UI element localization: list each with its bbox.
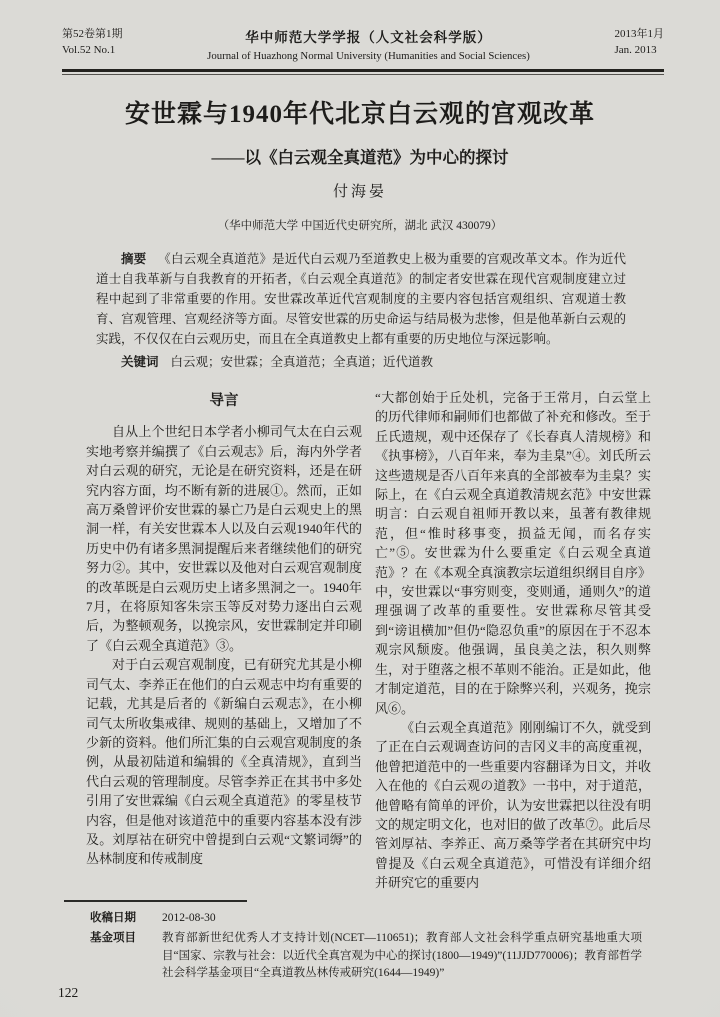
footnote-area: 收稿日期 2012-08-30 基金项目 教育部新世纪优秀人才支持计划(NCET… <box>64 900 660 983</box>
fund-project-row: 基金项目 教育部新世纪优秀人才支持计划(NCET—110651)；教育部人文社会… <box>64 930 660 983</box>
journal-issue: 第52卷第1期 Vol.52 No.1 <box>62 26 123 58</box>
journal-page: 第52卷第1期 Vol.52 No.1 华中师范大学学报（人文社会科学版） Jo… <box>0 0 720 1017</box>
received-date-value: 2012-08-30 <box>162 910 660 928</box>
journal-date-cn: 2013年1月 <box>615 26 665 42</box>
journal-issue-cn: 第52卷第1期 <box>62 26 123 42</box>
journal-date: 2013年1月 Jan. 2013 <box>615 26 665 58</box>
fund-project-value: 教育部新世纪优秀人才支持计划(NCET—110651)；教育部人文社会科学重点研… <box>162 930 660 983</box>
journal-date-en: Jan. 2013 <box>615 42 665 58</box>
article-subtitle: ——以《白云观全真道范》为中心的探讨 <box>0 144 720 168</box>
journal-name: 华中师范大学学报（人文社会科学版） Journal of Huazhong No… <box>123 26 615 62</box>
footnote-rule <box>64 900 247 902</box>
keywords-block: 关键词白云观；安世霖；全真道范；全真道；近代道教 <box>96 352 626 372</box>
received-date-label: 收稿日期 <box>90 910 146 928</box>
abstract-block: 摘要《白云观全真道范》是近代白云观乃至道教史上极为重要的宫观改革文本。作为近代道… <box>96 249 626 349</box>
keywords-text: 白云观；安世霖；全真道范；全真道；近代道教 <box>171 355 434 369</box>
abstract-text: 《白云观全真道范》是近代白云观乃至道教史上极为重要的宫观改革文本。作为近代道士自… <box>96 252 626 346</box>
body-columns: 导言 自从上个世纪日本学者小柳司气太在白云观实地考察并编撰了《白云观志》后，海内… <box>86 388 662 893</box>
body-paragraph: “大都创始于丘处机，完备于王常月，白云堂上的历代律师和嗣师们也都做了补充和修改。… <box>375 388 651 718</box>
body-paragraph: 自从上个世纪日本学者小柳司气太在白云观实地考察并编撰了《白云观志》后，海内外学者… <box>86 422 362 655</box>
keywords-label: 关键词 <box>121 355 159 369</box>
journal-header: 第52卷第1期 Vol.52 No.1 华中师范大学学报（人文社会科学版） Jo… <box>0 0 720 67</box>
journal-name-en: Journal of Huazhong Normal University (H… <box>133 50 605 62</box>
affiliation: （华中师范大学 中国近代史研究所，湖北 武汉 430079） <box>0 217 720 233</box>
received-date-row: 收稿日期 2012-08-30 <box>64 910 660 928</box>
left-column: 导言 自从上个世纪日本学者小柳司气太在白云观实地考察并编撰了《白云观志》后，海内… <box>86 388 362 893</box>
section-heading: 导言 <box>86 392 362 411</box>
fund-project-label: 基金项目 <box>90 930 146 983</box>
page-number: 122 <box>58 985 78 1001</box>
author-name: 付海晏 <box>0 180 720 201</box>
abstract-label: 摘要 <box>121 252 146 266</box>
journal-name-cn: 华中师范大学学报（人文社会科学版） <box>133 26 605 46</box>
right-column: “大都创始于丘处机，完备于王常月，白云堂上的历代律师和嗣师们也都做了补充和修改。… <box>375 388 651 893</box>
body-paragraph: 《白云观全真道范》刚刚编订不久，就受到了正在白云观调查访问的吉冈义丰的高度重视，… <box>375 718 651 893</box>
journal-issue-en: Vol.52 No.1 <box>62 42 123 58</box>
header-rule <box>62 69 664 75</box>
body-paragraph: 对于白云观宫观制度，已有研究尤其是小柳司气太、李养正在他们的白云观志中均有重要的… <box>86 655 362 868</box>
article-title: 安世霖与1940年代北京白云观的宫观改革 <box>40 99 680 131</box>
